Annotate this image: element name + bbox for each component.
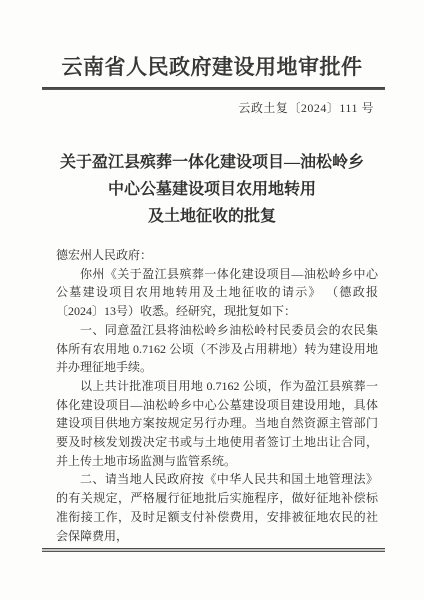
salutation: 德宏州人民政府： [56, 246, 378, 265]
letterhead-divider [42, 87, 385, 90]
letterhead-title: 云南省人民政府建设用地审批件 [0, 51, 424, 81]
body-paragraph-2: 一、同意盈江县将油松岭乡油松岭村民委员会的农民集体所有农用地 0.7162 公顷… [56, 321, 378, 377]
body-paragraph-4: 二、请当地人民政府按《中华人民共和国土地管理法》的有关规定，严格履行征地批后实施… [56, 470, 378, 545]
document-title: 关于盈江县殡葬一体化建设项目—油松岭乡 中心公墓建设项目农用地转用 及土地征收的… [0, 149, 424, 230]
document-title-line-3: 及土地征收的批复 [0, 203, 424, 230]
document-number: 云政土复〔2024〕111 号 [238, 99, 374, 116]
document-body: 德宏州人民政府： 你州《关于盈江县殡葬一体化建设项目—油松岭乡中心公墓建设项目农… [56, 246, 378, 545]
document-title-line-1: 关于盈江县殡葬一体化建设项目—油松岭乡 [0, 149, 424, 176]
body-paragraph-1: 你州《关于盈江县殡葬一体化建设项目—油松岭乡中心公墓建设项目农用地转用及土地征收… [56, 265, 378, 321]
body-paragraph-3: 以上共计批准项目用地 0.7162 公顷，作为盈江县殡葬一体化建设项目—油松岭乡… [56, 377, 378, 471]
document-title-line-2: 中心公墓建设项目农用地转用 [0, 176, 424, 203]
approval-document-page: 云南省人民政府建设用地审批件 云政土复〔2024〕111 号 关于盈江县殡葬一体… [0, 0, 424, 600]
footer-divider [42, 548, 385, 552]
